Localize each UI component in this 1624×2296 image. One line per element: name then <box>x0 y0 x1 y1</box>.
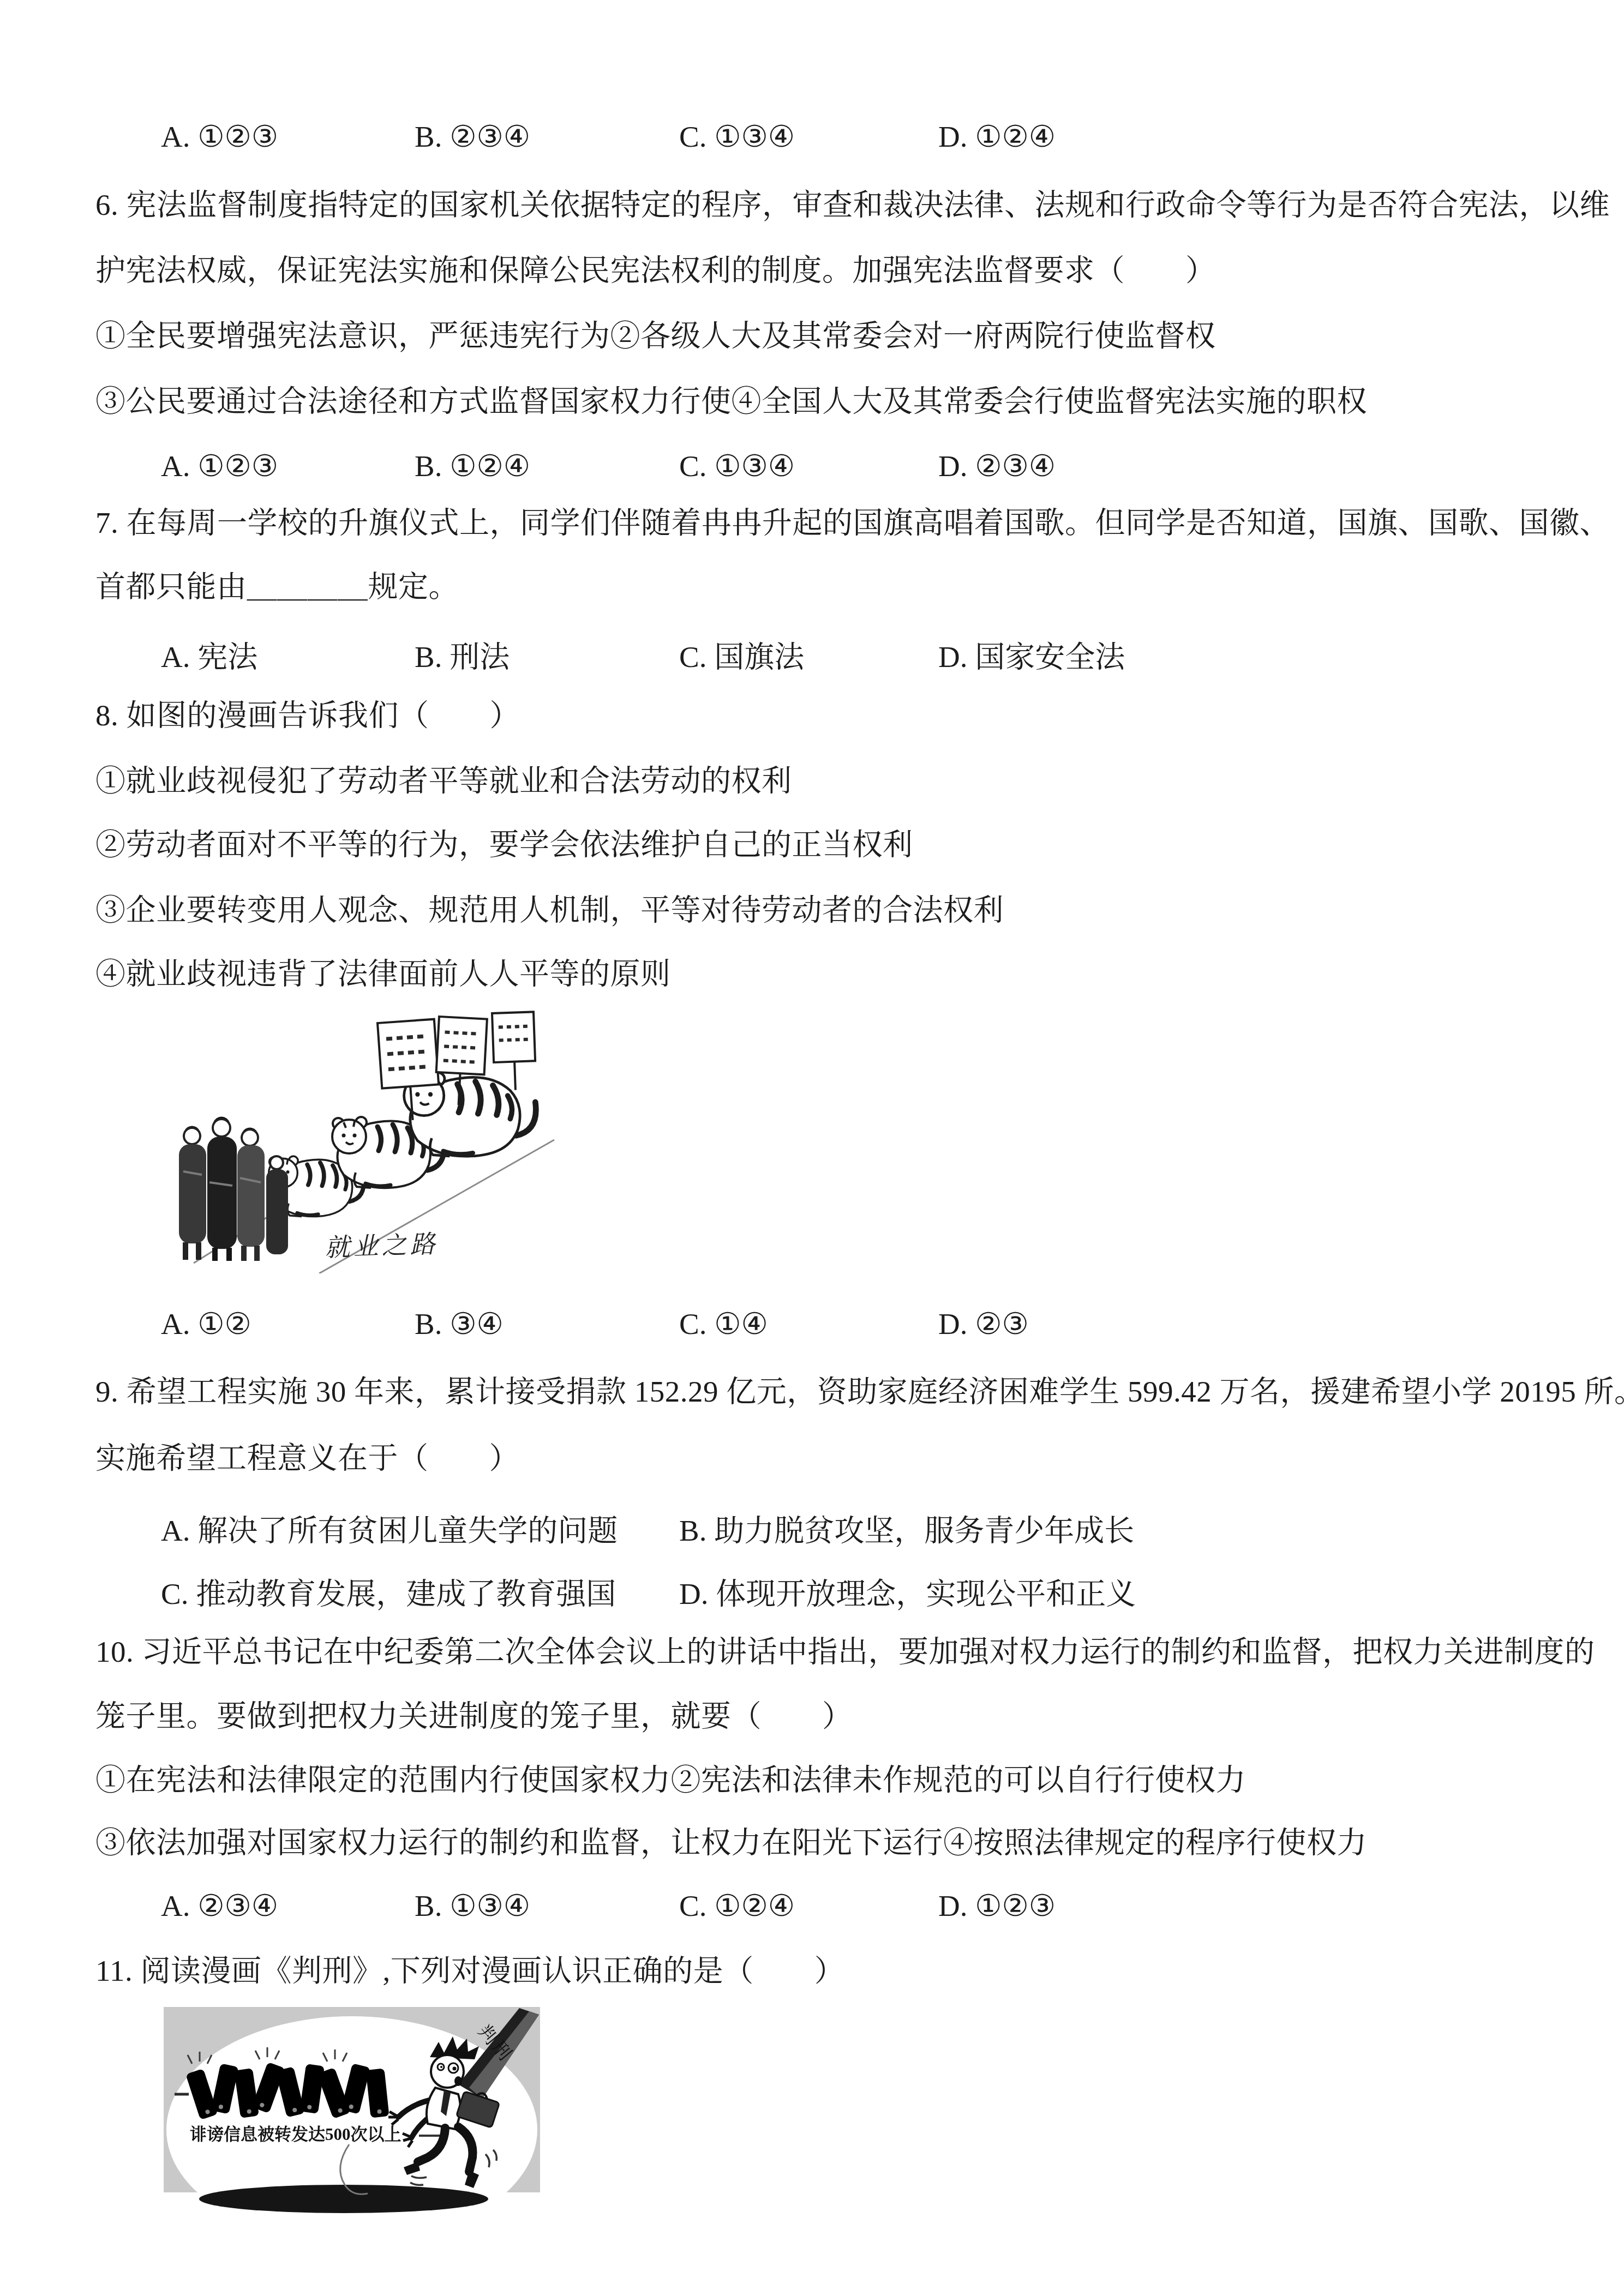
q7-option-b: B. 刑法 <box>415 633 510 676</box>
q5-option-a: A. ①②③ <box>161 119 278 154</box>
q7-line-1: 7. 在每周一学校的升旗仪式上，同学们伴随着冉冉升起的国旗高唱着国歌。但同学是否… <box>95 504 1610 542</box>
q7-option-d: D. 国家安全法 <box>938 633 1125 676</box>
q6-option-c: C. ①③④ <box>679 448 795 483</box>
q8-options-row: A. ①② B. ③④ C. ①④ D. ②③ <box>0 1306 1624 1345</box>
q5-option-b: B. ②③④ <box>415 119 530 154</box>
q7-options-row: A. 宪法 B. 刑法 C. 国旗法 D. 国家安全法 <box>0 633 1624 672</box>
q11-stem: 11. 阅读漫画《判刑》,下列对漫画认识正确的是（ ） <box>95 1952 844 1990</box>
q6-option-d: D. ②③④ <box>938 448 1056 483</box>
q10-options-row: A. ②③④ B. ①③④ C. ①②④ D. ①②③ <box>0 1888 1624 1927</box>
q9-option-c: C. 推动教育发展，建成了教育强国 <box>161 1570 616 1613</box>
q6-statement-1-2: ①全民要增强宪法意识，严惩违宪行为②各级人大及其常委会对一府两院行使监督权 <box>95 317 1216 354</box>
q8-statement-4: ④就业歧视违背了法律面前人人平等的原则 <box>95 955 671 993</box>
q9-options-row-cd: C. 推动教育发展，建成了教育强国 D. 体现开放理念，实现公平和正义 <box>0 1570 1624 1609</box>
q10-statement-3-4: ③依法加强对国家权力运行的制约和监督，让权力在阳光下运行④按照法律规定的程序行使… <box>95 1824 1367 1861</box>
q8-stem: 8. 如图的漫画告诉我们（ ） <box>95 697 520 734</box>
q5-options-row: A. ①②③ B. ②③④ C. ①③④ D. ①②④ <box>0 119 1624 158</box>
q9-option-a: A. 解决了所有贫困儿童失学的问题 <box>161 1506 618 1549</box>
q7-option-a: A. 宪法 <box>161 633 257 676</box>
sign-board-3 <box>492 1012 536 1091</box>
q9-option-d: D. 体现开放理念，实现公平和正义 <box>679 1570 1136 1613</box>
q9-line-1: 9. 希望工程实施 30 年来，累计接受捐款 152.29 亿元，资助家庭经济困… <box>95 1373 1624 1410</box>
exam-paper-page: A. ①②③ B. ②③④ C. ①③④ D. ①②④ 6. 宪法监督制度指特定… <box>0 0 1624 2296</box>
q8-option-a: A. ①② <box>161 1306 251 1341</box>
q8-option-c: C. ①④ <box>679 1306 768 1341</box>
q6-statement-3-4: ③公民要通过合法途径和方式监督国家权力行使④全国人大及其常委会行使监督宪法实施的… <box>95 383 1367 420</box>
q8-statement-1: ①就业歧视侵犯了劳动者平等就业和合法劳动的权利 <box>95 762 792 800</box>
q5-option-d: D. ①②④ <box>938 119 1056 154</box>
ground-shadow <box>199 2185 488 2213</box>
q8-option-d: D. ②③ <box>938 1306 1029 1341</box>
job-seekers-figures <box>179 1117 288 1261</box>
q10-option-d: D. ①②③ <box>938 1888 1056 1923</box>
cartoon2-caption: 诽谤信息被转发达500次以上 <box>190 2125 401 2144</box>
q10-option-c: C. ①②④ <box>679 1888 795 1923</box>
q10-line-1: 10. 习近平总书记在中纪委第二次全体会议上的讲话中指出，要加强对权力运行的制约… <box>95 1633 1595 1670</box>
q7-line-2: 首都只能由＿＿＿＿规定。 <box>95 568 459 605</box>
q8-statement-3: ③企业要转变用人观念、规范用人机制，平等对待劳动者的合法权利 <box>95 892 1004 929</box>
cartoon1-caption: 就业之路 <box>325 1230 439 1261</box>
cartoon-sentenced: 诽谤信息被转发达500次以上 判刑 <box>164 2007 540 2253</box>
q5-option-c: C. ①③④ <box>679 119 795 154</box>
q6-line-2: 护宪法权威，保证宪法实施和保障公民宪法权利的制度。加强宪法监督要求（ ） <box>95 252 1216 289</box>
q9-line-2: 实施希望工程意义在于（ ） <box>95 1440 519 1477</box>
q10-statement-1-2: ①在宪法和法律限定的范围内行使国家权力②宪法和法律未作规范的可以自行行使权力 <box>95 1762 1246 1799</box>
q8-statement-2: ②劳动者面对不平等的行为，要学会依法维护自己的正当权利 <box>95 826 913 863</box>
q6-option-b: B. ①②④ <box>415 448 530 483</box>
q10-option-a: A. ②③④ <box>161 1888 278 1923</box>
q7-option-c: C. 国旗法 <box>679 633 804 676</box>
q9-options-row-ab: A. 解决了所有贫困儿童失学的问题 B. 助力脱贫攻坚，服务青少年成长 <box>0 1506 1624 1546</box>
q9-option-b: B. 助力脱贫攻坚，服务青少年成长 <box>679 1506 1134 1549</box>
q10-line-2: 笼子里。要做到把权力关进制度的笼子里，就要（ ） <box>95 1698 853 1735</box>
q6-options-row: A. ①②③ B. ①②④ C. ①③④ D. ②③④ <box>0 448 1624 488</box>
q6-option-a: A. ①②③ <box>161 448 278 483</box>
q6-line-1: 6. 宪法监督制度指特定的国家机关依据特定的程序，审查和裁决法律、法规和行政命令… <box>95 187 1610 224</box>
q8-option-b: B. ③④ <box>415 1306 504 1341</box>
cartoon-employment-road: 就业之路 <box>164 1008 556 1273</box>
q10-option-b: B. ①③④ <box>415 1888 530 1923</box>
